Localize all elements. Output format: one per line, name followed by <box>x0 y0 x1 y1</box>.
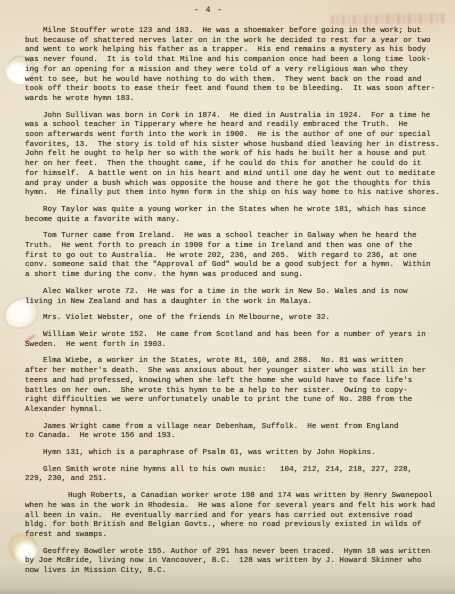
text-line: all been in vain. He eventually married … <box>25 512 445 522</box>
text-line: was a school teacher in Tipperary where … <box>25 121 445 131</box>
text-line: William Weir wrote 152. He came from Sco… <box>25 331 445 341</box>
text-line: a short time during the conv. the hymn w… <box>25 271 445 281</box>
text-line: Roy Taylor was quite a young worker in t… <box>25 206 445 216</box>
text-line: took off their boots to ease their feet … <box>25 85 445 95</box>
text-line: conv. someone said that the "Approval of… <box>25 261 445 271</box>
text-line: John felt he ought to help her so with t… <box>25 150 445 160</box>
text-line: Alexander hymnal. <box>25 406 445 416</box>
paragraph-john-sullivan: John Sullivan was born in Cork in 1874. … <box>25 112 445 199</box>
text-line: but because of shattered nerves later on… <box>25 37 445 47</box>
text-line: Elma Wiebe, a worker in the States, wrot… <box>25 357 445 367</box>
text-line: become quite a favorite with many. <box>25 216 445 226</box>
text-line: Truth. He went forth to preach in 1900 f… <box>25 242 445 252</box>
text-line: ing for an opening for a mission and the… <box>25 66 445 76</box>
text-line: Alec Walker wrote 72. He was for a time … <box>25 288 445 298</box>
paragraph-alec-walker: Alec Walker wrote 72. He was for a time … <box>25 288 445 307</box>
text-line: Geoffrey Bowdler wrote 155. Author of 29… <box>25 548 445 558</box>
text-line: first to go out to Australia. He wrote 2… <box>25 252 445 262</box>
text-line: John Sullivan was born in Cork in 1874. … <box>25 112 445 122</box>
paragraph-hugh-roberts: Hugh Roberts, a Canadian worker wrote 19… <box>25 492 445 541</box>
paragraph-elma-wiebe: Elma Wiebe, a worker in the States, wrot… <box>25 357 445 415</box>
text-line: teens and had professed, knowing when sh… <box>25 377 445 387</box>
text-line: now lives in Mission City, B.C. <box>25 567 445 577</box>
text-line: went to see, but he would have nothing t… <box>25 76 445 86</box>
text-line: Tom Turner came from Ireland. He was a s… <box>25 232 445 242</box>
text-line: and went to work helping his father as a… <box>25 46 445 56</box>
text-line: James Wright came from a village near De… <box>25 423 445 433</box>
text-line: 229, 230, and 251. <box>25 475 445 485</box>
text-line: for himself. A battle went on in his hea… <box>25 170 445 180</box>
text-line: her on her feet. Then the thought came, … <box>25 160 445 170</box>
text-line: Mrs. Violet Webster, one of the friends … <box>25 314 445 324</box>
paragraph-james-wright: James Wright came from a village near De… <box>25 423 445 442</box>
document-body: Milne Stouffer wrote 123 and 183. He was… <box>25 27 445 584</box>
text-line: Glen Smith wrote nine hymns all to his o… <box>25 466 445 476</box>
text-line: and pray under a bush which was opposite… <box>25 180 445 190</box>
paragraph-violet-webster: Mrs. Violet Webster, one of the friends … <box>25 314 445 324</box>
text-line: soon afterwards went forth into the work… <box>25 131 445 141</box>
text-line: living in New Zealand and has a daughter… <box>25 298 445 308</box>
text-line: battles on her own. She wrote this hymn … <box>25 387 445 397</box>
text-line: right difficulties we were unfortunately… <box>25 396 445 406</box>
text-line: bldg. for both British and Belgian Govts… <box>25 521 445 531</box>
text-line: when he was in the work in Rhodesia. He … <box>25 502 445 512</box>
paragraph-william-weir: William Weir wrote 152. He came from Sco… <box>25 331 445 350</box>
paragraph-roy-taylor: Roy Taylor was quite a young worker in t… <box>25 206 445 225</box>
text-line: by Joe McBride, living now in Vancouver,… <box>25 557 445 567</box>
text-line: Hugh Roberts, a Canadian worker wrote 19… <box>25 492 445 502</box>
text-line: Milne Stouffer wrote 123 and 183. He was… <box>25 27 445 37</box>
paragraph-milne-stouffer: Milne Stouffer wrote 123 and 183. He was… <box>25 27 445 105</box>
text-line: Hymn 131, which is a paraphrase of Psalm… <box>25 449 445 459</box>
text-line: to Canada. He wrote 156 and 193. <box>25 432 445 442</box>
text-line: wards he wrote hymn 183. <box>25 95 445 105</box>
text-line: Sweden. He went forth in 1903. <box>25 341 445 351</box>
page-number: - 4 - <box>0 6 436 15</box>
text-line: after her mother's death. She was anxiou… <box>25 367 445 377</box>
paragraph-tom-turner: Tom Turner came from Ireland. He was a s… <box>25 232 445 281</box>
text-line: favorites, 13. The story is told of his … <box>25 141 445 151</box>
text-line: forest and swamps. <box>25 531 445 541</box>
paragraph-glen-smith: Glen Smith wrote nine hymns all to his o… <box>25 466 445 485</box>
paragraph-hymn-131-note: Hymn 131, which is a paraphrase of Psalm… <box>25 449 445 459</box>
scanned-document-page: - 4 - Milne Stouffer wrote 123 and 183. … <box>0 0 455 594</box>
text-line: was never found. It is told that Milne a… <box>25 56 445 66</box>
paragraph-geoffrey-bowdler: Geoffrey Bowdler wrote 155. Author of 29… <box>25 548 445 577</box>
text-line: hymn. He finally put them into hymn form… <box>25 189 445 199</box>
